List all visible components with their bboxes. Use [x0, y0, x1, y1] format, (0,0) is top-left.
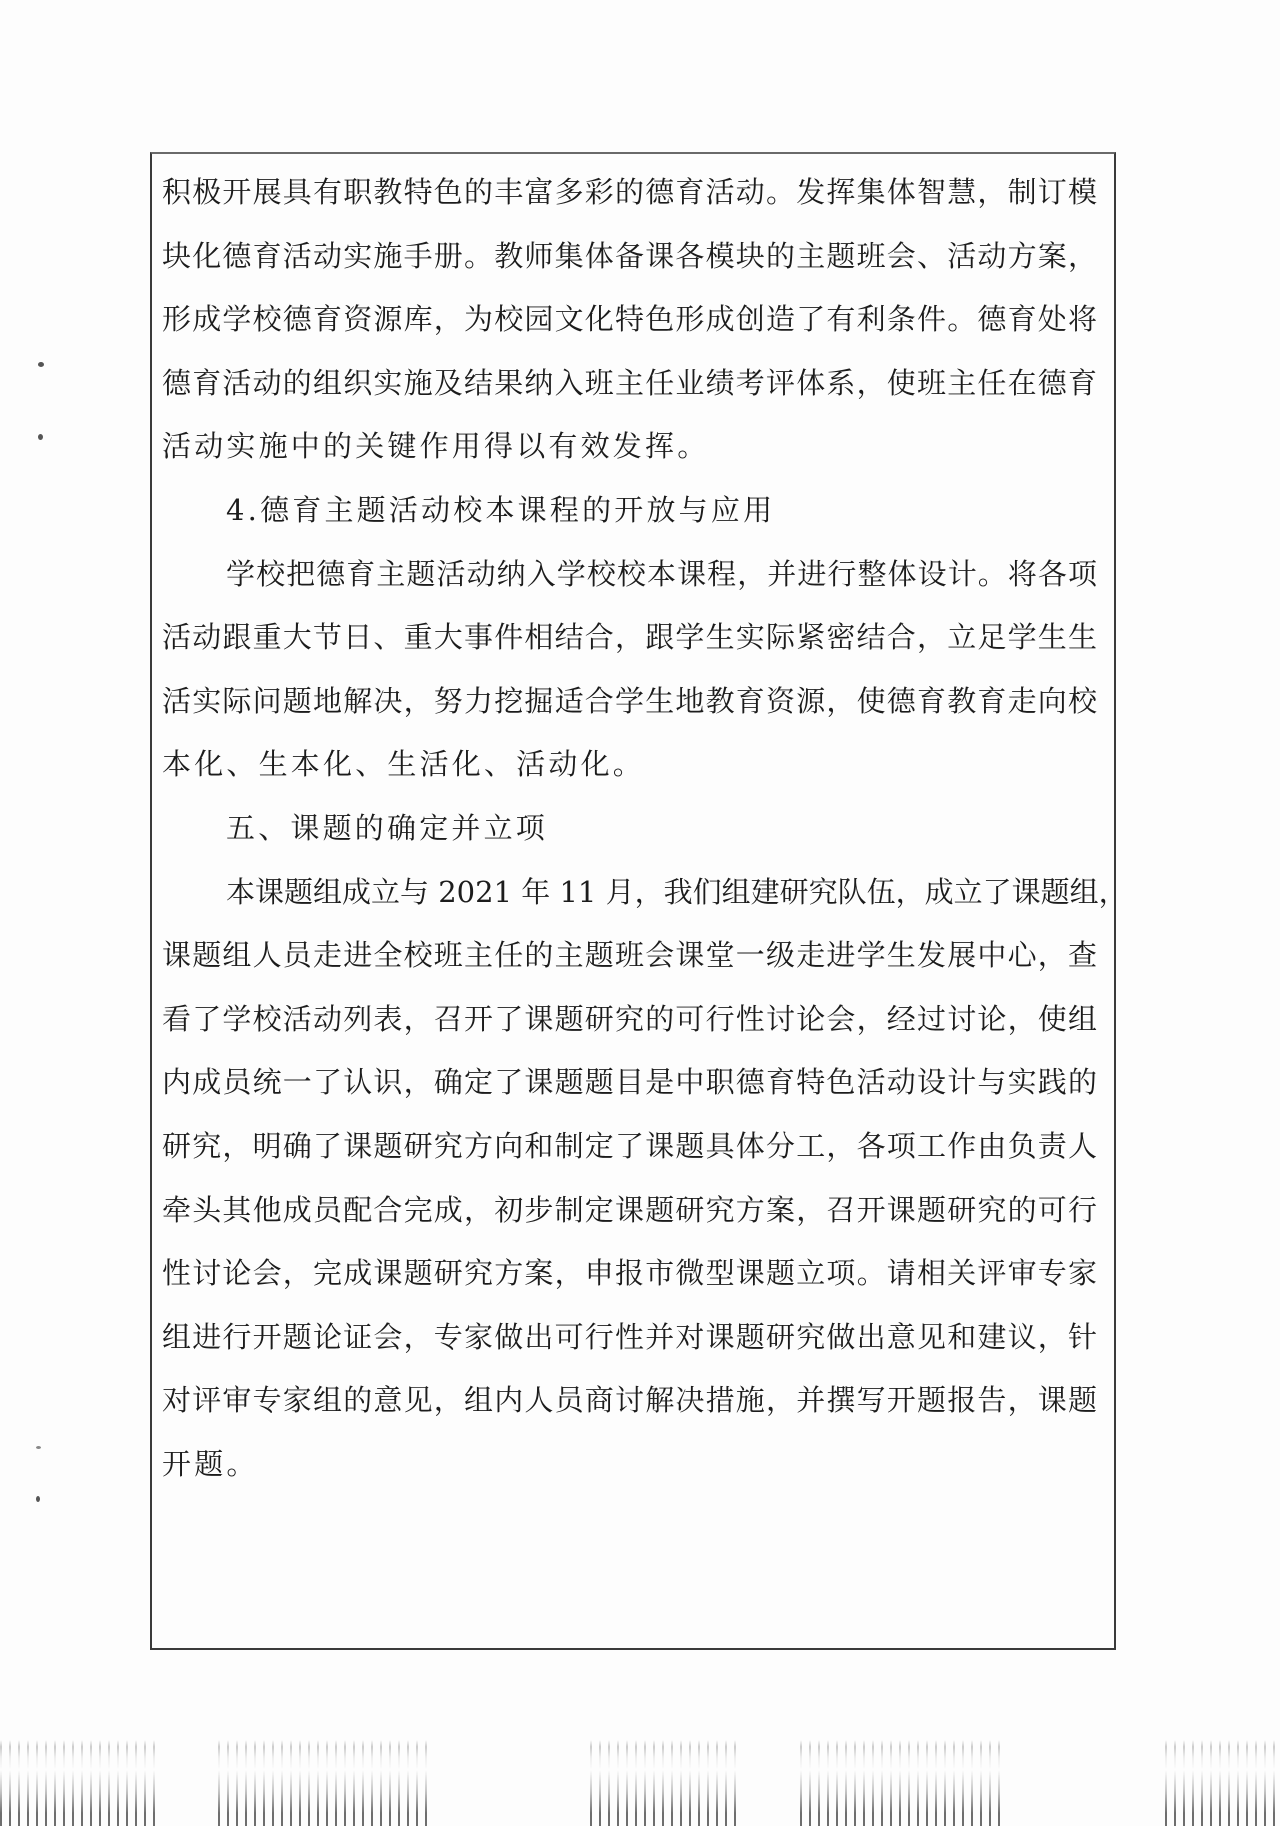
scan-speck: [38, 434, 43, 440]
scanned-page: 积极开展具有职教特色的丰富多彩的德育活动。发挥集体智慧，制订模 块化德育活动实施…: [0, 0, 1280, 1826]
text-line: 本课题组成立与 2021 年 11 月，我们组建研究队伍，成立了课题组，: [162, 861, 1097, 925]
section-heading: 五、课题的确定并立项: [162, 797, 1102, 861]
scan-noise: [800, 1740, 1000, 1826]
text-line: 课题组人员走进全校班主任的主题班会课堂一级走进学生发展中心，查: [162, 924, 1097, 988]
scan-noise: [0, 1740, 160, 1826]
text-line: 活动跟重大节日、重大事件相结合，跟学生实际紧密结合，立足学生生: [162, 606, 1097, 670]
text-line: 看了学校活动列表，召开了课题研究的可行性讨论会，经过讨论，使组: [162, 988, 1097, 1052]
scan-noise-strip: [0, 1740, 1280, 1826]
scan-noise: [1165, 1740, 1280, 1826]
text-line: 活动实施中的关键作用得以有效发挥。: [162, 415, 1102, 479]
text-line: 组进行开题论证会，专家做出可行性并对课题研究做出意见和建议，针: [162, 1306, 1097, 1370]
scan-speck: [36, 1446, 41, 1449]
text-line: 块化德育活动实施手册。教师集体备课各模块的主题班会、活动方案，: [162, 225, 1097, 289]
scan-noise: [590, 1740, 740, 1826]
text-line: 积极开展具有职教特色的丰富多彩的德育活动。发挥集体智慧，制订模: [162, 161, 1097, 225]
text-line: 本化、生本化、生活化、活动化。: [162, 733, 1102, 797]
text-line: 牵头其他成员配合完成，初步制定课题研究方案，召开课题研究的可行: [162, 1179, 1097, 1243]
scan-noise: [218, 1740, 430, 1826]
scan-speck: [36, 1496, 40, 1502]
document-body: 积极开展具有职教特色的丰富多彩的德育活动。发挥集体智慧，制订模 块化德育活动实施…: [162, 161, 1102, 1496]
text-line: 研究，明确了课题研究方向和制定了课题具体分工，各项工作由负责人: [162, 1115, 1097, 1179]
subheading: 4.德育主题活动校本课程的开放与应用: [162, 479, 1102, 543]
text-line: 开题。: [162, 1433, 1102, 1497]
text-line: 活实际问题地解决，努力挖掘适合学生地教育资源，使德育教育走向校: [162, 670, 1097, 734]
text-line: 性讨论会，完成课题研究方案，申报市微型课题立项。请相关评审专家: [162, 1242, 1097, 1306]
text-line: 德育活动的组织实施及结果纳入班主任业绩考评体系，使班主任在德育: [162, 352, 1097, 416]
text-line: 学校把德育主题活动纳入学校校本课程，并进行整体设计。将各项: [162, 543, 1097, 607]
scan-speck: [38, 362, 44, 367]
text-line: 形成学校德育资源库，为校园文化特色形成创造了有利条件。德育处将: [162, 288, 1097, 352]
text-line: 对评审专家组的意见，组内人员商讨解决措施，并撰写开题报告，课题: [162, 1369, 1097, 1433]
text-line: 内成员统一了认识，确定了课题题目是中职德育特色活动设计与实践的: [162, 1051, 1097, 1115]
